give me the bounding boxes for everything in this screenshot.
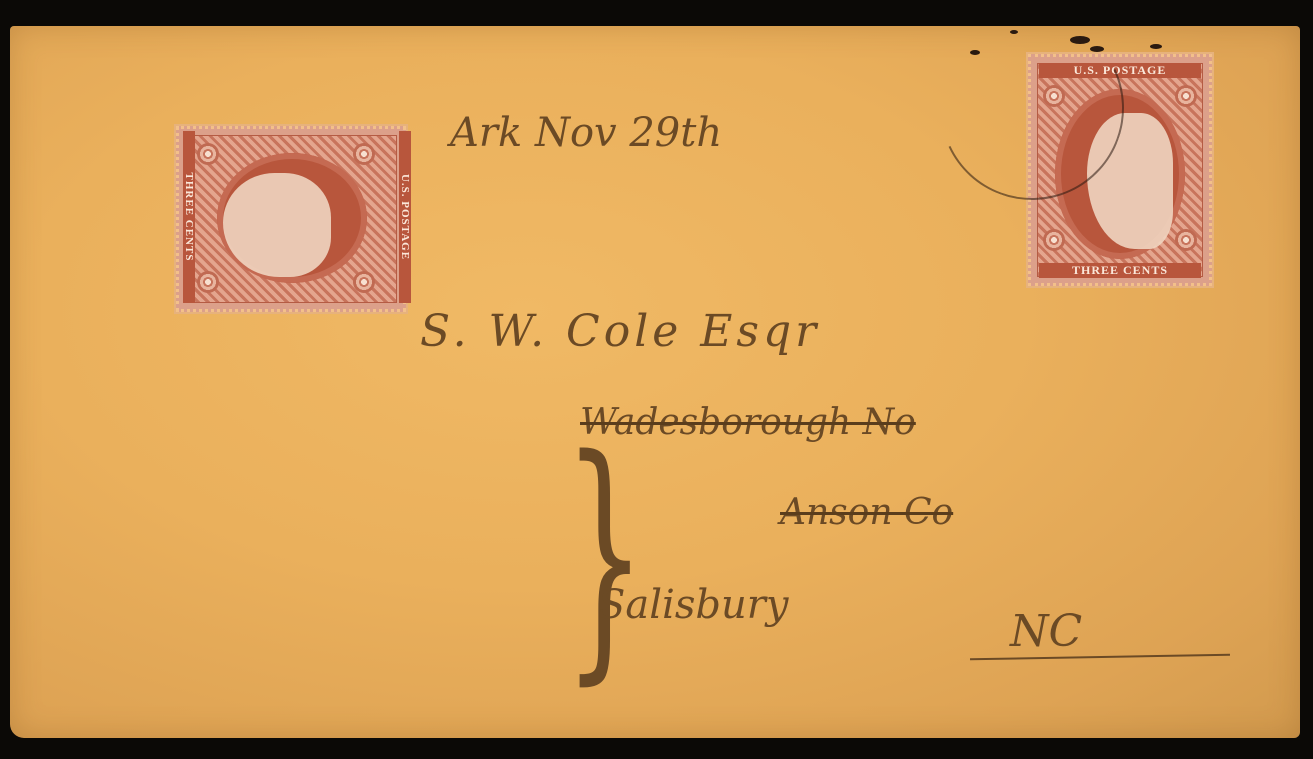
cancel-ink-spot	[1150, 44, 1162, 49]
rosette-icon	[1043, 229, 1065, 251]
cancel-ink-spot	[970, 50, 980, 55]
stamp-left-top-text: U.S. POSTAGE	[399, 131, 411, 303]
rosette-icon	[353, 143, 375, 165]
rosette-icon	[197, 271, 219, 293]
rosette-icon	[1175, 85, 1197, 107]
state-underline	[970, 654, 1230, 661]
handwritten-address-struck-2: Anson Co	[780, 492, 953, 533]
stamp-right-bottom-text: THREE CENTS	[1039, 263, 1201, 278]
rosette-icon	[197, 143, 219, 165]
handwritten-brace: }	[563, 426, 646, 686]
handwritten-recipient: S. W. Cole Esqr	[420, 306, 820, 357]
cancel-ink-spot	[1090, 46, 1104, 52]
handwritten-forward-city: Salisbury	[598, 582, 788, 628]
cancel-ink-spot	[1070, 36, 1090, 44]
rosette-icon	[1175, 229, 1197, 251]
handwritten-date-line: Ark Nov 29th	[450, 110, 722, 156]
stamp-left-portrait	[223, 173, 331, 277]
handwritten-forward-state: NC	[1010, 606, 1082, 657]
envelope: THREE CENTS U.S. POSTAGE U.S. POSTAGE TH…	[10, 26, 1300, 738]
cancel-ink-spot	[1010, 30, 1018, 34]
stamp-left-bottom-text: THREE CENTS	[183, 131, 195, 303]
rosette-icon	[353, 271, 375, 293]
stamp-left: THREE CENTS U.S. POSTAGE	[176, 126, 406, 312]
